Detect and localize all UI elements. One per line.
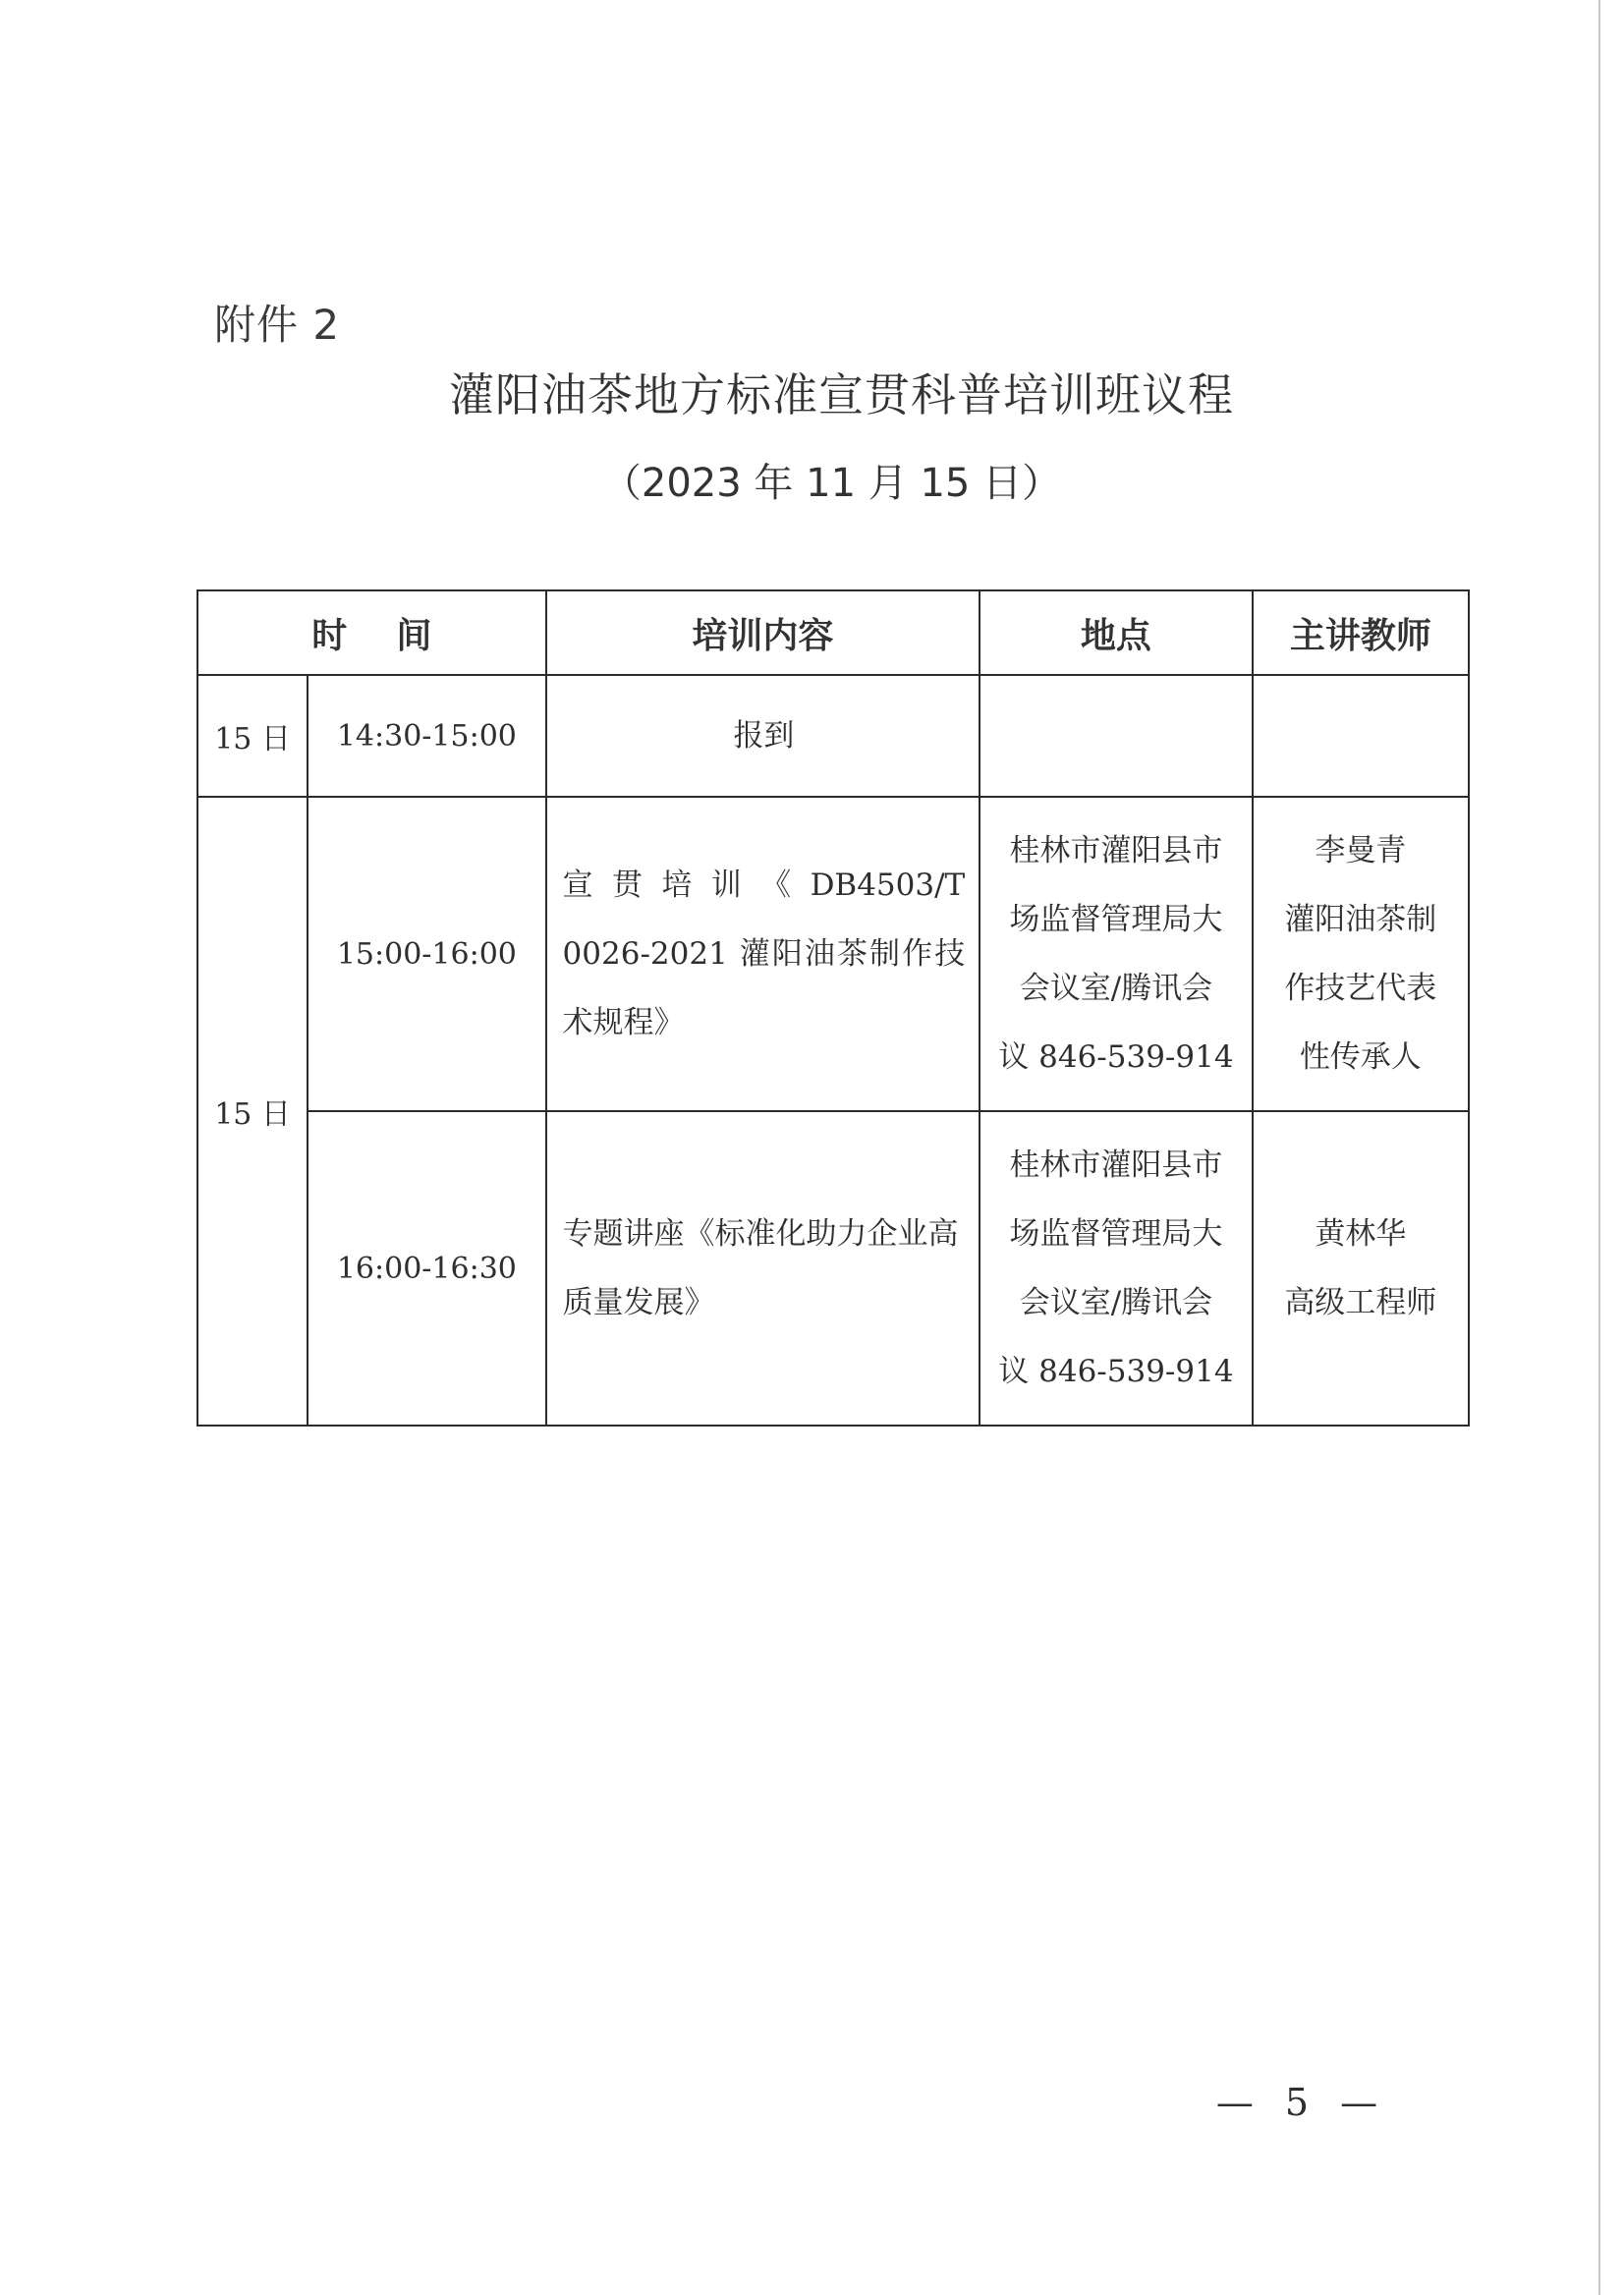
place-line: 议 846-539-914 [986, 1023, 1245, 1092]
teacher-line: 性传承人 [1260, 1023, 1462, 1092]
place-line: 场监督管理局大 [986, 885, 1245, 954]
table-row: 15 日 14:30-15:00 报到 [197, 675, 1469, 797]
place-line: 桂林市灌阳县市 [986, 1131, 1245, 1200]
time-cell: 16:00-16:30 [308, 1111, 545, 1426]
place-cell [980, 675, 1252, 797]
teacher-line: 灌阳油茶制 [1260, 885, 1462, 954]
document-title: 灌阳油茶地方标准宣贯科普培训班议程 [0, 360, 1624, 424]
table-header-row: 时 间 培训内容 地点 主讲教师 [197, 590, 1469, 675]
document-date: （2023 年 11 月 15 日） [0, 452, 1624, 508]
place-line: 会议室/腾讯会 [986, 954, 1245, 1023]
place-line: 会议室/腾讯会 [986, 1268, 1245, 1337]
teacher-cell: 李曼青 灌阳油茶制 作技艺代表 性传承人 [1253, 797, 1469, 1111]
day-cell: 15 日 [197, 675, 308, 797]
header-time: 时 间 [197, 590, 546, 675]
teacher-line: 黄林华 [1260, 1200, 1462, 1268]
teacher-line: 作技艺代表 [1260, 954, 1462, 1023]
time-cell: 14:30-15:00 [308, 675, 545, 797]
teacher-line: 高级工程师 [1260, 1268, 1462, 1337]
place-line: 桂林市灌阳县市 [986, 816, 1245, 885]
page-number: — 5 — [1169, 2081, 1425, 2124]
content-cell: 宣 贯 培 训 《 DB4503/T 0026-2021 灌阳油茶制作技术规程》 [546, 797, 980, 1111]
page-edge-line [1598, 0, 1600, 2295]
attachment-label: 附件 2 [214, 293, 340, 352]
content-cell: 专题讲座《标准化助力企业高质量发展》 [546, 1111, 980, 1426]
header-place: 地点 [980, 590, 1252, 675]
place-cell: 桂林市灌阳县市 场监督管理局大 会议室/腾讯会 议 846-539-914 [980, 1111, 1252, 1426]
place-cell: 桂林市灌阳县市 场监督管理局大 会议室/腾讯会 议 846-539-914 [980, 797, 1252, 1111]
header-teacher: 主讲教师 [1253, 590, 1469, 675]
table-row: 15 日 15:00-16:00 宣 贯 培 训 《 DB4503/T 0026… [197, 797, 1469, 1111]
teacher-line: 李曼青 [1260, 816, 1462, 885]
place-line: 场监督管理局大 [986, 1200, 1245, 1268]
teacher-cell [1253, 675, 1469, 797]
day-cell: 15 日 [197, 797, 308, 1426]
content-text: 宣 贯 培 训 《 DB4503/T 0026-2021 灌阳油茶制作技术规程》 [563, 851, 966, 1057]
table-row: 16:00-16:30 专题讲座《标准化助力企业高质量发展》 桂林市灌阳县市 场… [197, 1111, 1469, 1426]
content-text: 专题讲座《标准化助力企业高质量发展》 [563, 1200, 966, 1337]
teacher-cell: 黄林华 高级工程师 [1253, 1111, 1469, 1426]
time-cell: 15:00-16:00 [308, 797, 545, 1111]
agenda-table: 时 间 培训内容 地点 主讲教师 15 日 14:30-15:00 报到 15 … [196, 589, 1470, 1427]
header-content: 培训内容 [546, 590, 980, 675]
content-cell: 报到 [546, 675, 980, 797]
place-line: 议 846-539-914 [986, 1337, 1245, 1406]
